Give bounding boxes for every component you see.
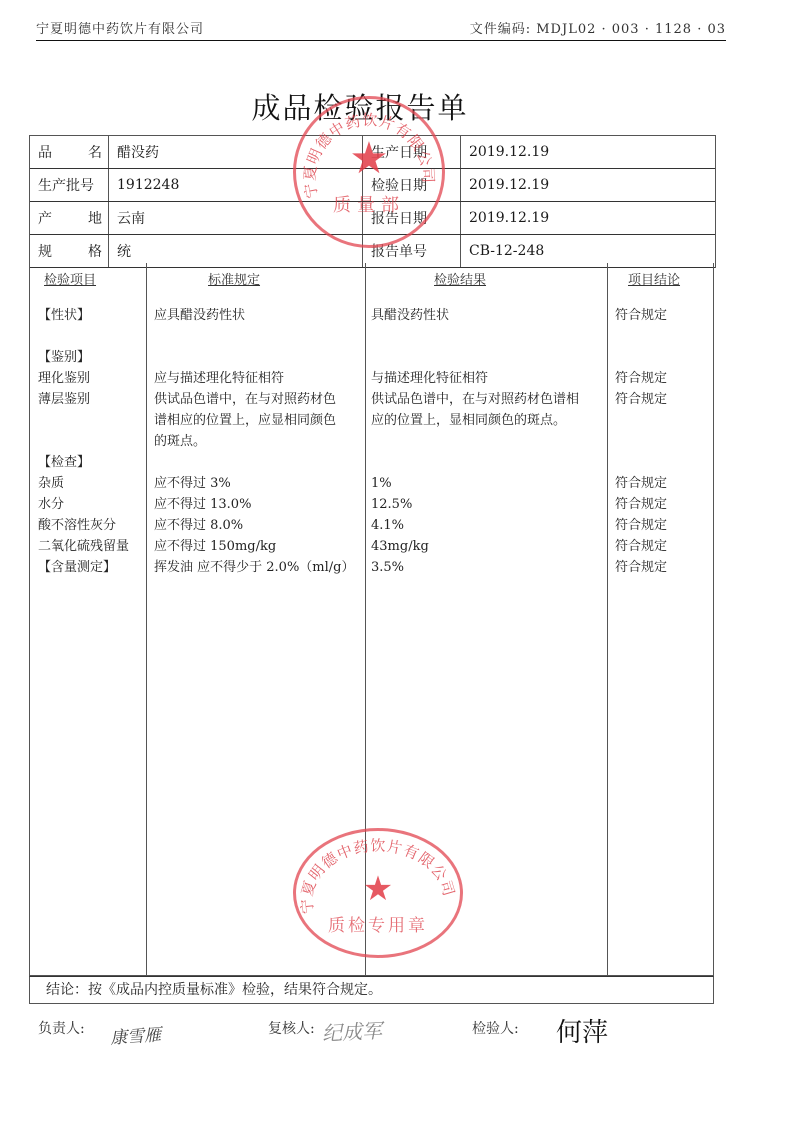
responsible-label: 负责人: [38, 1018, 85, 1038]
inspector-label: 检验人: [472, 1018, 519, 1038]
reviewer-label: 复核人: [268, 1018, 315, 1038]
standard-text: 谱相应的位置上，应显相同颜色 [154, 410, 336, 431]
standard-text: 应与描述理化特征相符 [154, 368, 284, 389]
label-report-date: 报告日期 [363, 202, 461, 234]
label-production-date: 生产日期 [363, 136, 461, 168]
test-item: 薄层鉴别 [38, 389, 90, 410]
column-header-result: 检验结果 [434, 269, 486, 288]
result-text: 具醋没药性状 [371, 305, 449, 326]
test-item: 理化鉴别 [38, 368, 90, 389]
final-conclusion: 结论：按《成品内控质量标准》检验，结果符合规定。 [29, 976, 714, 1004]
label-batch-number: 生产批号 [30, 169, 109, 201]
label-product-name: 品名 [30, 136, 109, 168]
conclusion-text: 符合规定 [615, 305, 667, 326]
info-row: 品名 醋没药 生产日期 2019.12.19 [30, 136, 715, 169]
value-origin: 云南 [109, 202, 363, 234]
result-text: 1% [371, 473, 392, 494]
column-header-item: 检验项目 [44, 269, 96, 288]
test-item: 【性状】 [38, 305, 90, 326]
test-results-table: 检验项目 标准规定 检验结果 项目结论 【性状】应具醋没药性状具醋没药性状符合规… [29, 263, 714, 976]
info-table: 品名 醋没药 生产日期 2019.12.19 生产批号 1912248 检验日期… [29, 135, 716, 268]
reviewer-signature: 纪成军 [321, 1014, 382, 1046]
value-inspection-date: 2019.12.19 [461, 169, 715, 201]
test-item: 【含量测定】 [38, 557, 116, 578]
standard-text: 应具醋没药性状 [154, 305, 245, 326]
result-text: 3.5% [371, 557, 404, 578]
page-header: 宁夏明德中药饮片有限公司 文件编码: MDJL02 · 003 · 1128 ·… [36, 22, 726, 41]
test-item: 杂质 [38, 473, 64, 494]
conclusion-text: 符合规定 [615, 494, 667, 515]
company-name: 宁夏明德中药饮片有限公司 [36, 22, 204, 37]
result-text: 与描述理化特征相符 [371, 368, 488, 389]
standard-text: 应不得过 3% [154, 473, 231, 494]
info-row: 生产批号 1912248 检验日期 2019.12.19 [30, 169, 715, 202]
document-code: 文件编码: MDJL02 · 003 · 1128 · 03 [470, 22, 726, 37]
column-header-conclusion: 项目结论 [628, 269, 680, 288]
test-item: 【鉴别】 [38, 347, 90, 368]
conclusion-text: 符合规定 [615, 389, 667, 410]
conclusion-text: 符合规定 [615, 473, 667, 494]
conclusion-text: 符合规定 [615, 368, 667, 389]
report-title: 成品检验报告单 [0, 86, 720, 127]
label-inspection-date: 检验日期 [363, 169, 461, 201]
conclusion-text: 符合规定 [615, 515, 667, 536]
result-text: 4.1% [371, 515, 404, 536]
test-item: 水分 [38, 494, 64, 515]
value-report-date: 2019.12.19 [461, 202, 715, 234]
conclusion-text: 符合规定 [615, 557, 667, 578]
test-item: 【检查】 [38, 452, 90, 473]
standard-text: 应不得过 13.0% [154, 494, 251, 515]
result-text: 应的位置上，显相同颜色的斑点。 [371, 410, 566, 431]
inspector-signature: 何萍 [556, 1012, 608, 1049]
test-item: 酸不溶性灰分 [38, 515, 116, 536]
test-item: 二氧化硫残留量 [38, 536, 129, 557]
standard-text: 供试品色谱中，在与对照药材色 [154, 389, 336, 410]
standard-text: 挥发油 应不得少于 2.0%（ml/g） [154, 557, 354, 578]
conclusion-text: 符合规定 [615, 536, 667, 557]
result-text: 12.5% [371, 494, 412, 515]
column-header-standard: 标准规定 [208, 269, 260, 288]
value-production-date: 2019.12.19 [461, 136, 715, 168]
value-product-name: 醋没药 [109, 136, 363, 168]
standard-text: 应不得过 8.0% [154, 515, 243, 536]
result-text: 43mg/kg [371, 536, 429, 557]
label-origin: 产地 [30, 202, 109, 234]
value-batch-number: 1912248 [109, 169, 363, 201]
result-text: 供试品色谱中，在与对照药材色谱相 [371, 389, 579, 410]
standard-text: 的斑点。 [154, 431, 206, 452]
info-row: 产地 云南 报告日期 2019.12.19 [30, 202, 715, 235]
responsible-signature: 康雪雁 [109, 1020, 162, 1048]
standard-text: 应不得过 150mg/kg [154, 536, 276, 557]
